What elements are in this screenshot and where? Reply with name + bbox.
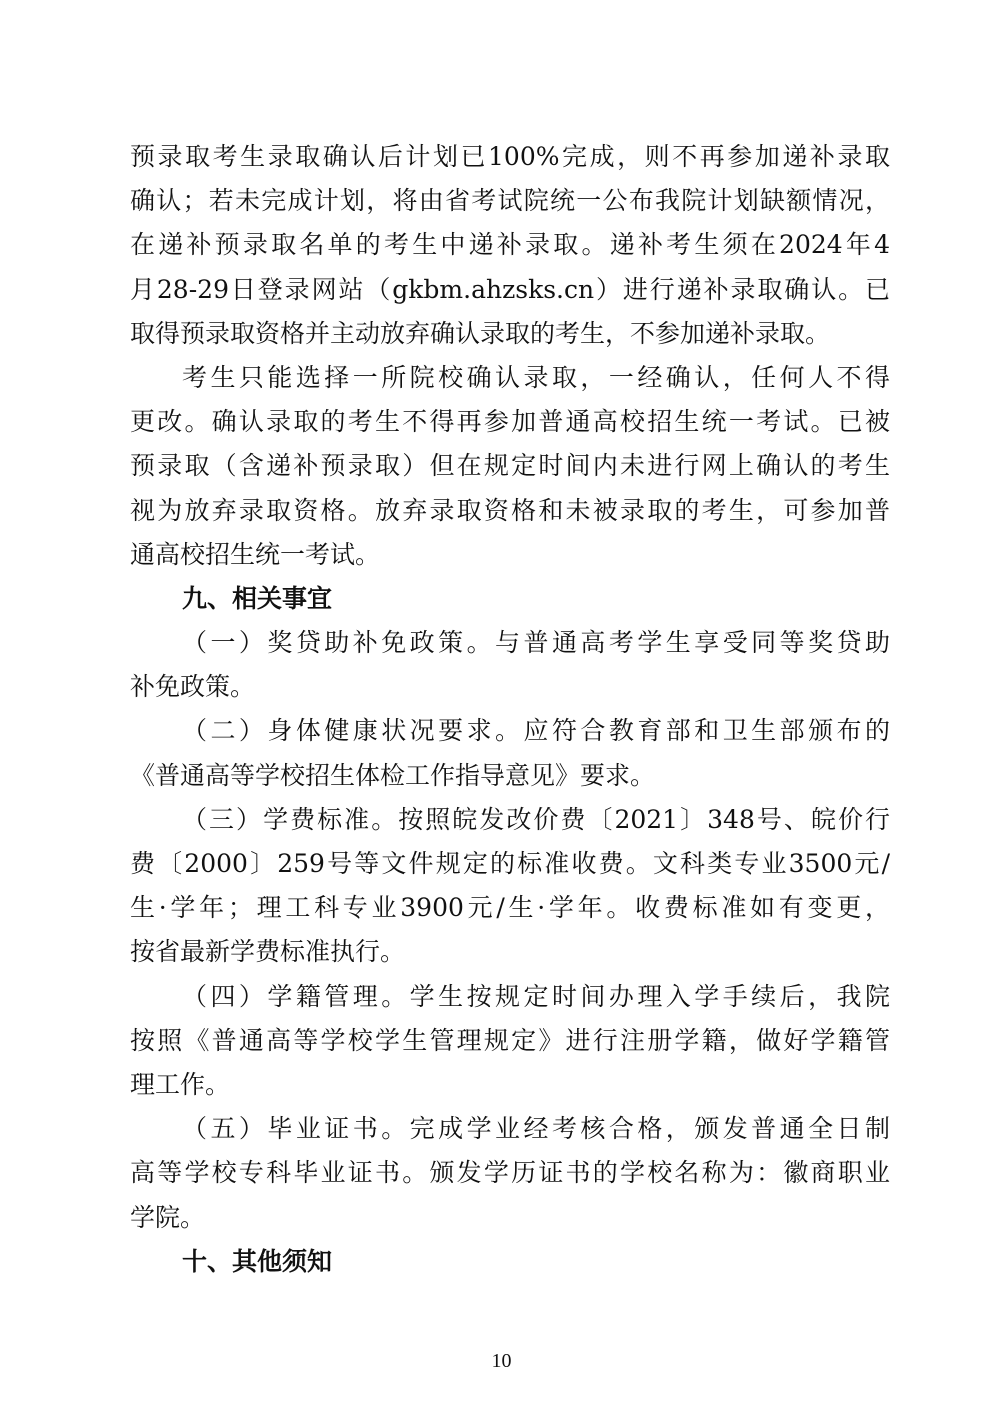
- section-heading-9: 九、相关事宜: [130, 577, 890, 621]
- paragraph-line: 按照《普通高等学校学生管理规定》进行注册学籍，做好学籍管: [130, 1019, 890, 1063]
- paragraph-line: 生·学年；理工科专业3900元/生·学年。收费标准如有变更，: [130, 886, 890, 930]
- paragraph-line: 取得预录取资格并主动放弃确认录取的考生，不参加递补录取。: [130, 312, 890, 356]
- paragraph-line: 更改。确认录取的考生不得再参加普通高校招生统一考试。已被: [130, 400, 890, 444]
- paragraph-line: 预录取（含递补预录取）但在规定时间内未进行网上确认的考生: [130, 444, 890, 488]
- paragraph-line: 学院。: [130, 1196, 890, 1240]
- paragraph-line: 按省最新学费标准执行。: [130, 930, 890, 974]
- paragraph-line: 理工作。: [130, 1063, 890, 1107]
- paragraph-line: 高等学校专科毕业证书。颁发学历证书的学校名称为：徽商职业: [130, 1151, 890, 1195]
- document-body: 预录取考生录取确认后计划已100%完成，则不再参加递补录取 确认；若未完成计划，…: [130, 135, 890, 1284]
- section-heading-10: 十、其他须知: [130, 1240, 890, 1284]
- paragraph-line: 《普通高等学校招生体检工作指导意见》要求。: [130, 754, 890, 798]
- paragraph-line: 考生只能选择一所院校确认录取，一经确认，任何人不得: [130, 356, 890, 400]
- paragraph-line: 确认；若未完成计划，将由省考试院统一公布我院计划缺额情况，: [130, 179, 890, 223]
- document-page: 预录取考生录取确认后计划已100%完成，则不再参加递补录取 确认；若未完成计划，…: [0, 0, 1003, 1415]
- paragraph-line: 费〔2000〕259号等文件规定的标准收费。文科类专业3500元/: [130, 842, 890, 886]
- paragraph-line: 在递补预录取名单的考生中递补录取。递补考生须在2024年4: [130, 223, 890, 267]
- paragraph-line: 预录取考生录取确认后计划已100%完成，则不再参加递补录取: [130, 135, 890, 179]
- paragraph-line: （三）学费标准。按照皖发改价费〔2021〕348号、皖价行: [130, 798, 890, 842]
- paragraph-line: （一）奖贷助补免政策。与普通高考学生享受同等奖贷助: [130, 621, 890, 665]
- paragraph-line: （二）身体健康状况要求。应符合教育部和卫生部颁布的: [130, 709, 890, 753]
- paragraph-line: 月28-29日登录网站（gkbm.ahzsks.cn）进行递补录取确认。已: [130, 268, 890, 312]
- paragraph-line: （四）学籍管理。学生按规定时间办理入学手续后，我院: [130, 975, 890, 1019]
- paragraph-line: （五）毕业证书。完成学业经考核合格，颁发普通全日制: [130, 1107, 890, 1151]
- paragraph-line: 补免政策。: [130, 665, 890, 709]
- paragraph-line: 通高校招生统一考试。: [130, 533, 890, 577]
- paragraph-line: 视为放弃录取资格。放弃录取资格和未被录取的考生，可参加普: [130, 489, 890, 533]
- page-number: 10: [0, 1350, 1003, 1373]
